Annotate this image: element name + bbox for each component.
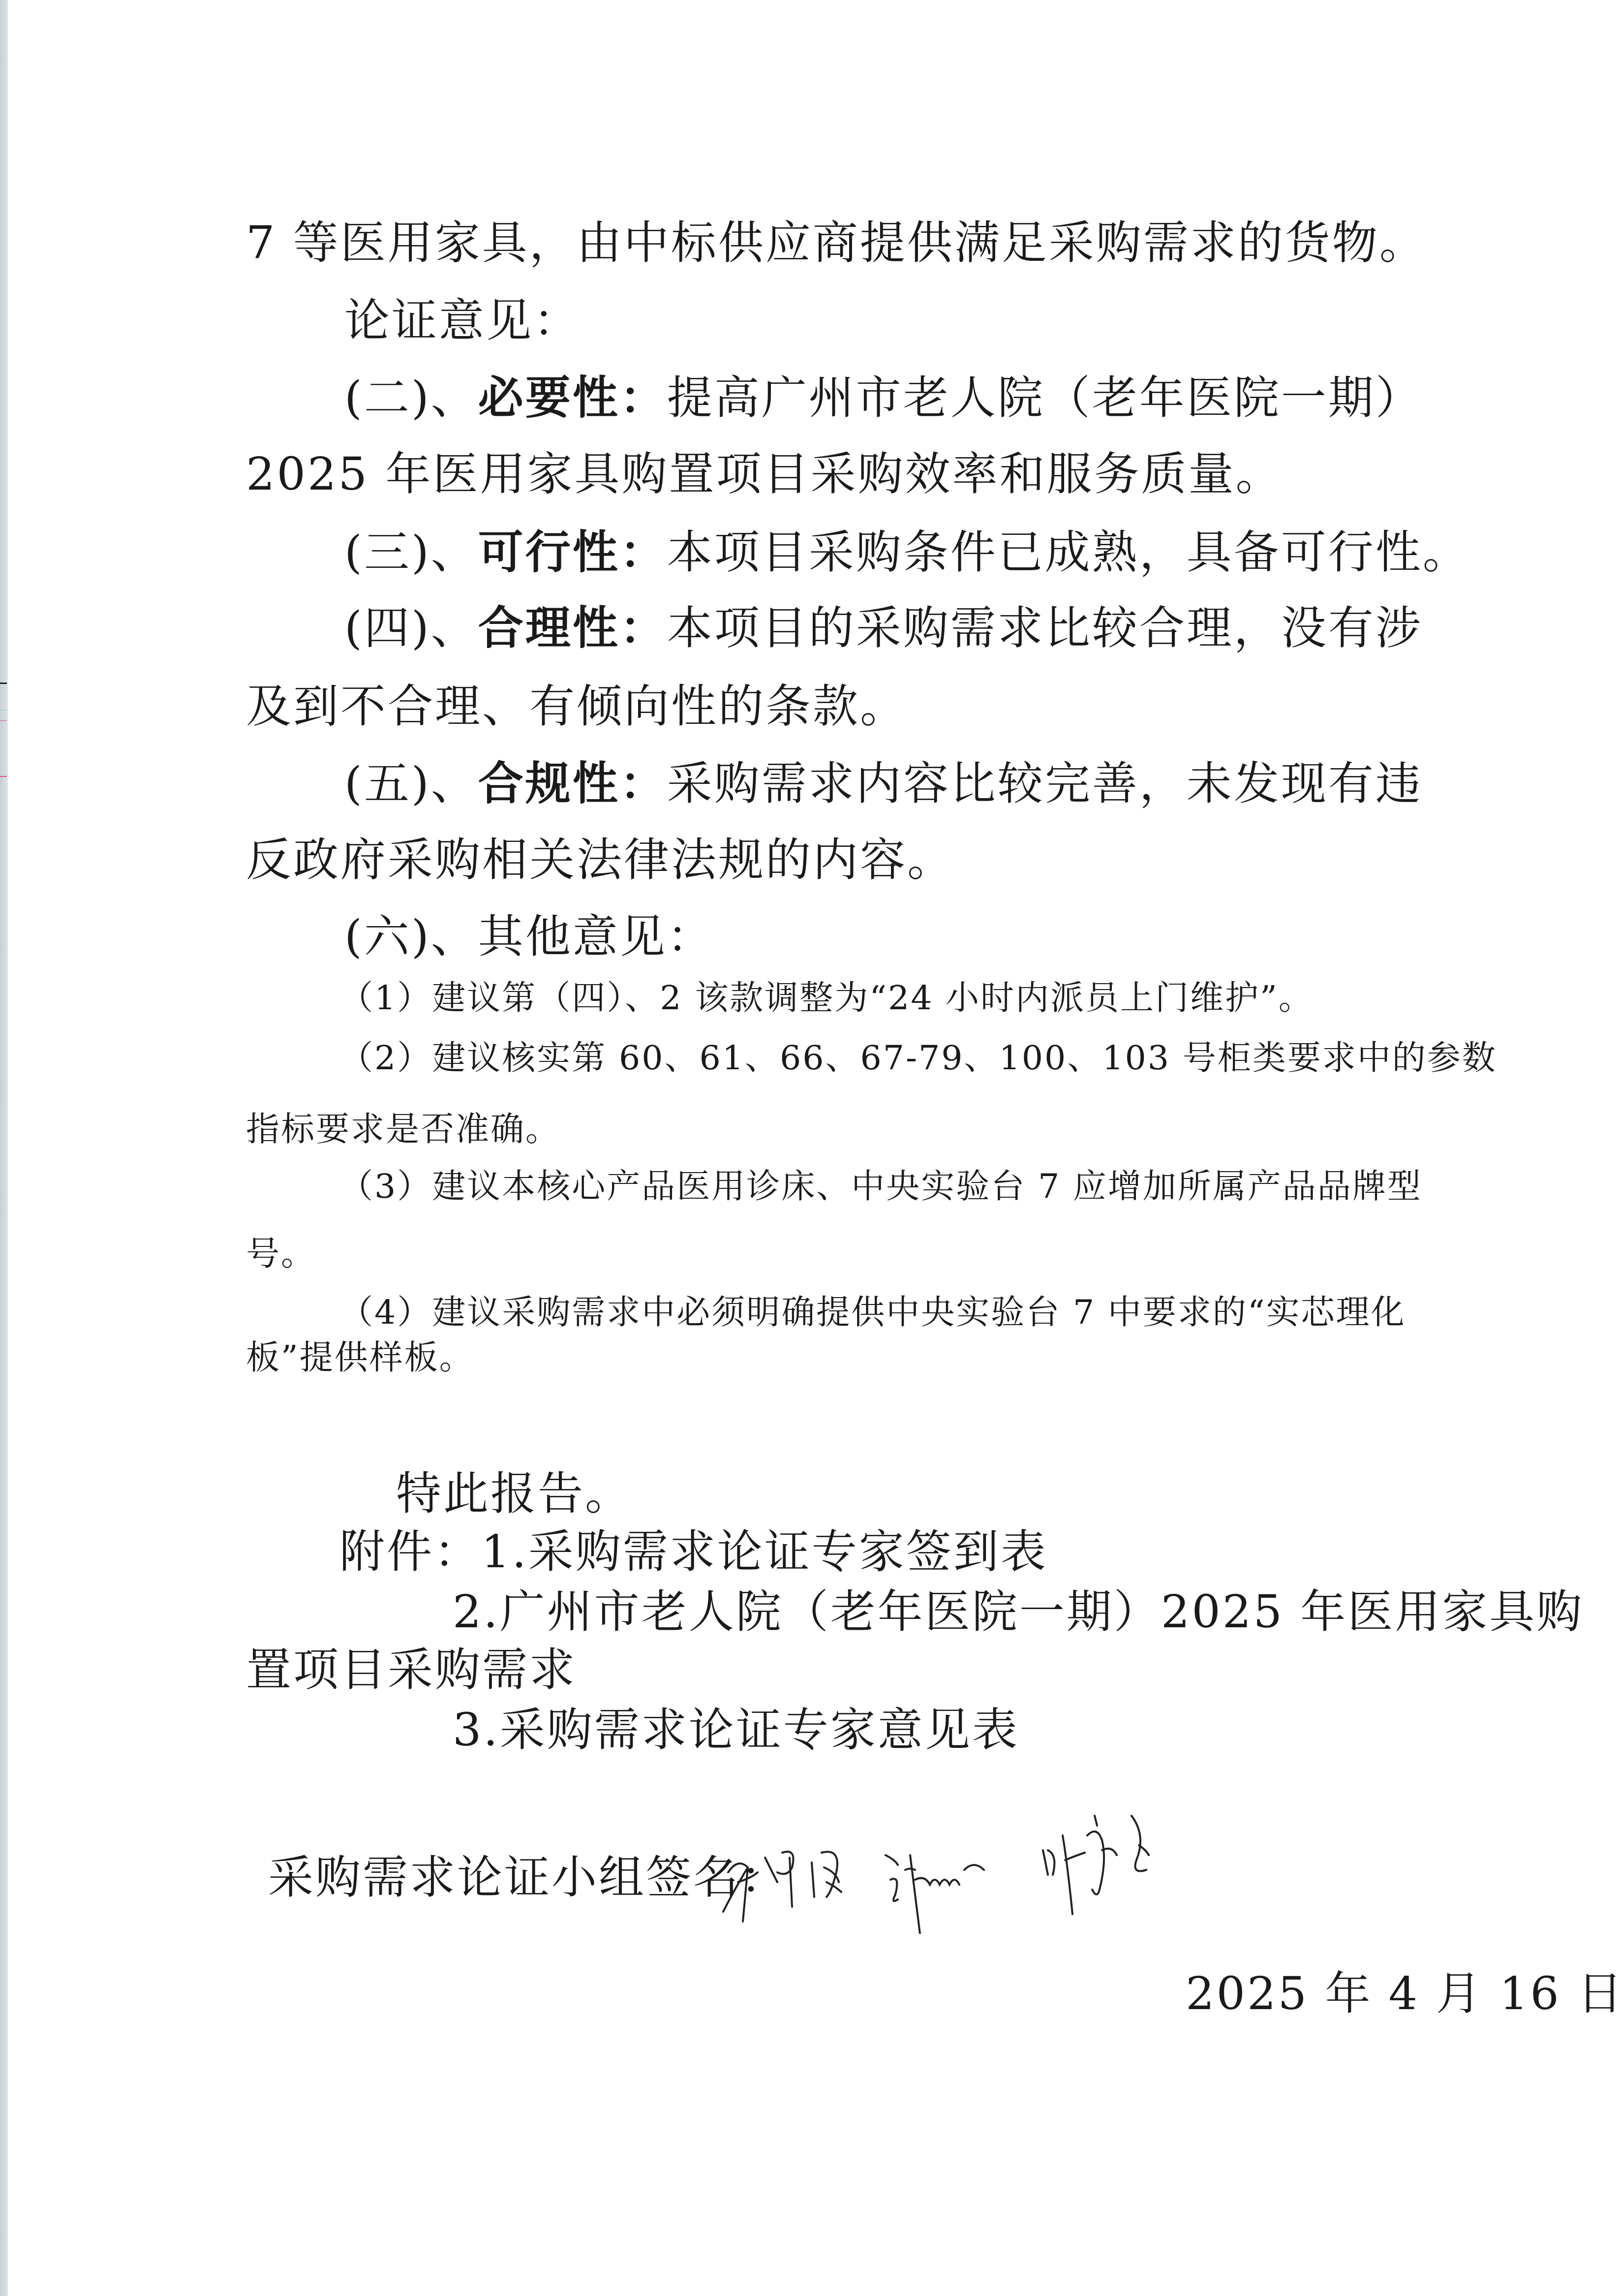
document-date: 2025 年 4 月 16 日 bbox=[1186, 1971, 1623, 2017]
opinion-item-3: （3）建议本核心产品医用诊床、中央实验台 7 应增加所属产品品牌型 bbox=[339, 1170, 1422, 1204]
section-compliance-cont: 反政府采购相关法律法规的内容。 bbox=[246, 838, 954, 883]
attachment-item-3: 3.采购需求论证专家意见表 bbox=[453, 1707, 1019, 1753]
opinion-item-4-cont: 板”提供样板。 bbox=[246, 1341, 474, 1375]
other-opinions-heading: (六)、其他意见： bbox=[344, 914, 714, 960]
section-prefix: (五)、 bbox=[344, 757, 478, 810]
attachments-label: 附件： bbox=[339, 1525, 481, 1578]
opinion-item-2: （2）建议核实第 60、61、66、67-79、100、103 号柜类要求中的参… bbox=[339, 1042, 1497, 1075]
opinion-item-2-cont: 指标要求是否准确。 bbox=[246, 1113, 560, 1147]
section-reasonableness: (四)、合理性：本项目的采购需求比较合理，没有涉 bbox=[344, 605, 1423, 651]
signature-label: 采购需求论证小组签名： bbox=[268, 1855, 788, 1900]
attachment-item-2: 2.广州市老人院（老年医院一期）2025 年医用家具购 bbox=[453, 1589, 1584, 1635]
section-text: 本项目的采购需求比较合理，没有涉 bbox=[667, 602, 1423, 654]
handwritten-signature-3 bbox=[1033, 1806, 1186, 1924]
closing-text: 特此报告。 bbox=[396, 1471, 632, 1517]
section-prefix: (四)、 bbox=[344, 602, 478, 654]
section-feasibility: (三)、可行性：本项目采购条件已成熟，具备可行性。 bbox=[344, 529, 1470, 575]
section-necessity: (二)、必要性：提高广州市老人院（老年医院一期） bbox=[344, 375, 1423, 421]
section-title: 必要性： bbox=[478, 371, 667, 424]
section-necessity-cont: 2025 年医用家具购置项目采购效率和服务质量。 bbox=[246, 452, 1283, 497]
section-text: 采购需求内容比较完善，未发现有违 bbox=[667, 757, 1423, 810]
section-text: 提高广州市老人院（老年医院一期） bbox=[667, 372, 1423, 424]
section-prefix: (三)、 bbox=[344, 526, 478, 579]
section-prefix: (二)、 bbox=[344, 372, 478, 424]
opinion-item-3-cont: 号。 bbox=[246, 1238, 316, 1271]
opinion-heading: 论证意见： bbox=[344, 298, 581, 343]
attachment-item-2-cont: 置项目采购需求 bbox=[246, 1647, 577, 1693]
section-title: 合规性： bbox=[478, 757, 667, 810]
document-page: 7 等医用家具，由中标供应商提供满足采购需求的货物。 论证意见： (二)、必要性… bbox=[0, 0, 1623, 2296]
handwritten-signature-1 bbox=[718, 1838, 871, 1926]
attachment-item-1: 1.采购需求论证专家签到表 bbox=[481, 1525, 1048, 1578]
opinion-item-1: （1）建议第（四）、2 该款调整为“24 小时内派员上门维护”。 bbox=[339, 982, 1314, 1015]
section-text: 本项目采购条件已成熟，具备可行性。 bbox=[667, 526, 1470, 579]
attachments: 附件：1.采购需求论证专家签到表 bbox=[339, 1529, 1048, 1575]
intro-continuation: 7 等医用家具，由中标供应商提供满足采购需求的货物。 bbox=[246, 220, 1427, 266]
opinion-item-4: （4）建议采购需求中必须明确提供中央实验台 7 中要求的“实芯理化 bbox=[339, 1296, 1406, 1330]
section-title: 合理性： bbox=[478, 601, 667, 654]
section-compliance: (五)、合规性：采购需求内容比较完善，未发现有违 bbox=[344, 761, 1423, 807]
section-title: 可行性： bbox=[478, 526, 667, 579]
handwritten-signature-2 bbox=[881, 1840, 1004, 1934]
section-reasonableness-cont: 及到不合理、有倾向性的条款。 bbox=[246, 684, 907, 729]
